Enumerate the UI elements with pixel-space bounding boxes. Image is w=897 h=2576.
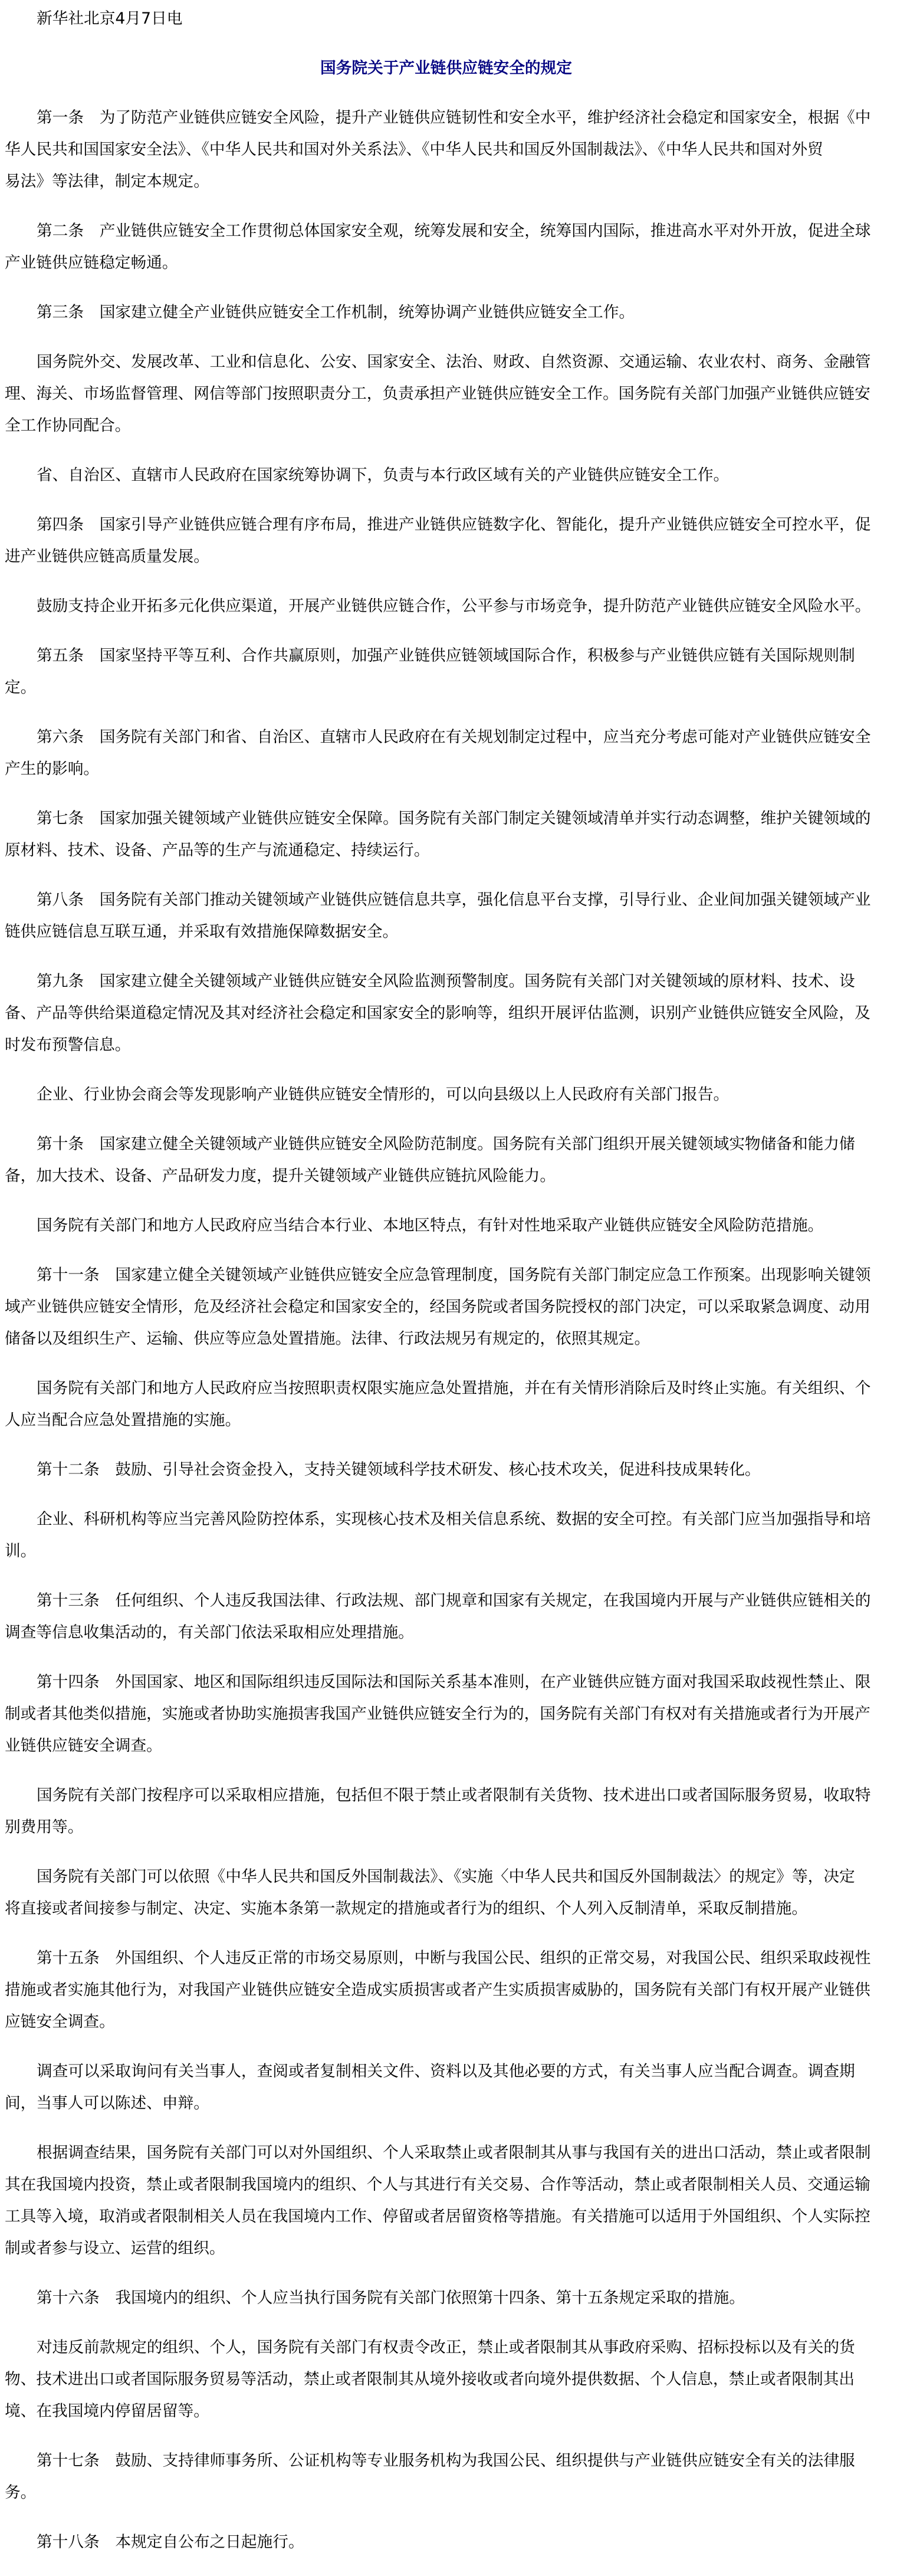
paragraph: 企业、行业协会商会等发现影响产业链供应链安全情形的，可以向县级以上人民政府有关部… [5,1079,888,1111]
paragraph-line: 理、海关、市场监督管理、网信等部门按照职责分工，负责承担产业链供应链安全工作。国… [5,378,888,410]
paragraph-line: 第九条 国家建立健全关键领域产业链供应链安全风险监测预警制度。国务院有关部门对关… [5,966,888,997]
paragraph: 第六条 国务院有关部门和省、自治区、直辖市人民政府在有关规划制定过程中，应当充分… [5,721,888,785]
paragraph-line: 第四条 国家引导产业链供应链合理有序布局，推进产业链供应链数字化、智能化，提升产… [5,509,888,541]
paragraph: 国务院有关部门可以依照《中华人民共和国反外国制裁法》、《实施〈中华人民共和国反外… [5,1861,888,1925]
paragraph-line: 应链安全调查。 [5,2006,888,2038]
paragraph-line: 企业、行业协会商会等发现影响产业链供应链安全情形的，可以向县级以上人民政府有关部… [5,1079,888,1111]
paragraph-line: 人应当配合应急处置措施的实施。 [5,1405,888,1436]
paragraph-line: 第七条 国家加强关键领域产业链供应链安全保障。国务院有关部门制定关键领域清单并实… [5,803,888,835]
paragraph-line: 第十四条 外国国家、地区和国际组织违反国际法和国际关系基本准则，在产业链供应链方… [5,1666,888,1698]
paragraph: 根据调查结果，国务院有关部门可以对外国组织、个人采取禁止或者限制其从事与我国有关… [5,2137,888,2265]
paragraph-line: 储备以及组织生产、运输、供应等应急处置措施。法律、行政法规另有规定的，依照其规定… [5,1323,888,1355]
paragraph-line: 第十二条 鼓励、引导社会资金投入，支持关键领域科学技术研发、核心技术攻关，促进科… [5,1454,888,1486]
paragraph-line: 制或者其他类似措施，实施或者协助实施损害我国产业链供应链安全行为的，国务院有关部… [5,1698,888,1730]
paragraph-line: 境、在我国境内停留居留等。 [5,2395,888,2427]
paragraph: 国务院有关部门和地方人民政府应当结合本行业、本地区特点，有针对性地采取产业链供应… [5,1210,888,1242]
paragraph-line: 省、自治区、直辖市人民政府在国家统筹协调下，负责与本行政区域有关的产业链供应链安… [5,460,888,491]
paragraph-line: 华人民共和国国家安全法》、《中华人民共和国对外关系法》、《中华人民共和国反外国制… [5,134,888,166]
paragraph-line: 第十条 国家建立健全关键领域产业链供应链安全风险防范制度。国务院有关部门组织开展… [5,1128,888,1160]
paragraph-line: 第十八条 本规定自公布之日起施行。 [5,2526,888,2558]
paragraph-line: 国务院外交、发展改革、工业和信息化、公安、国家安全、法治、财政、自然资源、交通运… [5,346,888,378]
paragraph-line: 将直接或者间接参与制定、决定、实施本条第一款规定的措施或者行为的组织、个人列入反… [5,1893,888,1925]
paragraph: 第十条 国家建立健全关键领域产业链供应链安全风险防范制度。国务院有关部门组织开展… [5,1128,888,1192]
paragraph-line: 务。 [5,2477,888,2509]
paragraph-line: 鼓励支持企业开拓多元化供应渠道，开展产业链供应链合作，公平参与市场竞争，提升防范… [5,590,888,622]
paragraph: 企业、科研机构等应当完善风险防控体系，实现核心技术及相关信息系统、数据的安全可控… [5,1504,888,1567]
paragraph-line: 国务院有关部门和地方人民政府应当结合本行业、本地区特点，有针对性地采取产业链供应… [5,1210,888,1242]
paragraph: 省、自治区、直辖市人民政府在国家统筹协调下，负责与本行政区域有关的产业链供应链安… [5,460,888,491]
paragraph: 国务院外交、发展改革、工业和信息化、公安、国家安全、法治、财政、自然资源、交通运… [5,346,888,442]
paragraph-line: 别费用等。 [5,1812,888,1843]
paragraph: 第二条 产业链供应链安全工作贯彻总体国家安全观，统筹发展和安全，统筹国内国际，推… [5,215,888,279]
paragraph: 第九条 国家建立健全关键领域产业链供应链安全风险监测预警制度。国务院有关部门对关… [5,966,888,1061]
paragraph-line: 第一条 为了防范产业链供应链安全风险，提升产业链供应链韧性和安全水平，维护经济社… [5,102,888,134]
paragraph-line: 第八条 国务院有关部门推动关键领域产业链供应链信息共享，强化信息平台支撑，引导行… [5,884,888,916]
paragraph-line: 第六条 国务院有关部门和省、自治区、直辖市人民政府在有关规划制定过程中，应当充分… [5,721,888,753]
paragraph: 第十五条 外国组织、个人违反正常的市场交易原则，中断与我国公民、组织的正常交易，… [5,1942,888,2038]
paragraph: 第一条 为了防范产业链供应链安全风险，提升产业链供应链韧性和安全水平，维护经济社… [5,102,888,198]
paragraph: 对违反前款规定的组织、个人，国务院有关部门有权责令改正，禁止或者限制其从事政府采… [5,2332,888,2427]
paragraph-line: 工具等入境，取消或者限制相关人员在我国境内工作、停留或者居留资格等措施。有关措施… [5,2201,888,2233]
paragraph-line: 原材料、技术、设备、产品等的生产与流通稳定、持续运行。 [5,835,888,867]
paragraph-line: 产生的影响。 [5,753,888,785]
paragraph-line: 业链供应链安全调查。 [5,1730,888,1762]
paragraph-line: 第三条 国家建立健全产业链供应链安全工作机制，统筹协调产业链供应链安全工作。 [5,297,888,329]
dateline: 新华社北京4月7日电 [5,3,888,35]
paragraph-line: 备、产品等供给渠道稳定情况及其对经济社会稳定和国家安全的影响等，组织开展评估监测… [5,997,888,1029]
paragraph: 第七条 国家加强关键领域产业链供应链安全保障。国务院有关部门制定关键领域清单并实… [5,803,888,867]
paragraph: 第十八条 本规定自公布之日起施行。 [5,2526,888,2558]
paragraph-line: 进产业链供应链高质量发展。 [5,541,888,573]
paragraph-line: 措施或者实施其他行为，对我国产业链供应链安全造成实质损害或者产生实质损害威胁的，… [5,1974,888,2006]
paragraph-line: 企业、科研机构等应当完善风险防控体系，实现核心技术及相关信息系统、数据的安全可控… [5,1504,888,1535]
paragraph-line: 调查可以采取询问有关当事人，查阅或者复制相关文件、资料以及其他必要的方式，有关当… [5,2056,888,2088]
paragraph-line: 训。 [5,1535,888,1567]
article: 新华社北京4月7日电 国务院关于产业链供应链安全的规定 第一条 为了防范产业链供… [0,0,897,2558]
paragraph-line: 国务院有关部门和地方人民政府应当按照职责权限实施应急处置措施，并在有关情形消除后… [5,1373,888,1405]
paragraph: 第四条 国家引导产业链供应链合理有序布局，推进产业链供应链数字化、智能化，提升产… [5,509,888,573]
article-body: 第一条 为了防范产业链供应链安全风险，提升产业链供应链韧性和安全水平，维护经济社… [5,102,888,2558]
paragraph: 第十二条 鼓励、引导社会资金投入，支持关键领域科学技术研发、核心技术攻关，促进科… [5,1454,888,1486]
paragraph: 第八条 国务院有关部门推动关键领域产业链供应链信息共享，强化信息平台支撑，引导行… [5,884,888,948]
paragraph-line: 第十五条 外国组织、个人违反正常的市场交易原则，中断与我国公民、组织的正常交易，… [5,1942,888,1974]
paragraph: 第三条 国家建立健全产业链供应链安全工作机制，统筹协调产业链供应链安全工作。 [5,297,888,329]
paragraph-line: 调查等信息收集活动的，有关部门依法采取相应处理措施。 [5,1617,888,1649]
paragraph-line: 易法》等法律，制定本规定。 [5,166,888,198]
paragraph: 第十七条 鼓励、支持律师事务所、公证机构等专业服务机构为我国公民、组织提供与产业… [5,2445,888,2509]
document-title: 国务院关于产业链供应链安全的规定 [5,52,888,84]
paragraph-line: 第十六条 我国境内的组织、个人应当执行国务院有关部门依照第十四条、第十五条规定采… [5,2282,888,2314]
paragraph-line: 全工作协同配合。 [5,410,888,442]
paragraph: 调查可以采取询问有关当事人，查阅或者复制相关文件、资料以及其他必要的方式，有关当… [5,2056,888,2119]
paragraph-line: 对违反前款规定的组织、个人，国务院有关部门有权责令改正，禁止或者限制其从事政府采… [5,2332,888,2364]
paragraph-line: 第十一条 国家建立健全关键领域产业链供应链安全应急管理制度，国务院有关部门制定应… [5,1259,888,1291]
paragraph-line: 第二条 产业链供应链安全工作贯彻总体国家安全观，统筹发展和安全，统筹国内国际，推… [5,215,888,247]
paragraph-line: 国务院有关部门可以依照《中华人民共和国反外国制裁法》、《实施〈中华人民共和国反外… [5,1861,888,1893]
paragraph-line: 时发布预警信息。 [5,1029,888,1061]
paragraph: 鼓励支持企业开拓多元化供应渠道，开展产业链供应链合作，公平参与市场竞争，提升防范… [5,590,888,622]
paragraph-line: 制或者参与设立、运营的组织。 [5,2233,888,2265]
paragraph-line: 第十七条 鼓励、支持律师事务所、公证机构等专业服务机构为我国公民、组织提供与产业… [5,2445,888,2477]
paragraph-line: 第十三条 任何组织、个人违反我国法律、行政法规、部门规章和国家有关规定，在我国境… [5,1585,888,1617]
paragraph-line: 链供应链信息互联互通，并采取有效措施保障数据安全。 [5,916,888,948]
paragraph: 国务院有关部门和地方人民政府应当按照职责权限实施应急处置措施，并在有关情形消除后… [5,1373,888,1436]
paragraph-line: 国务院有关部门按程序可以采取相应措施，包括但不限于禁止或者限制有关货物、技术进出… [5,1780,888,1812]
paragraph-line: 定。 [5,672,888,704]
paragraph-line: 第五条 国家坚持平等互利、合作共赢原则，加强产业链供应链领域国际合作，积极参与产… [5,640,888,672]
paragraph-line: 物、技术进出口或者国际服务贸易等活动，禁止或者限制其从境外接收或者向境外提供数据… [5,2364,888,2395]
paragraph-line: 产业链供应链稳定畅通。 [5,247,888,279]
paragraph: 第十一条 国家建立健全关键领域产业链供应链安全应急管理制度，国务院有关部门制定应… [5,1259,888,1355]
paragraph: 国务院有关部门按程序可以采取相应措施，包括但不限于禁止或者限制有关货物、技术进出… [5,1780,888,1843]
paragraph-line: 域产业链供应链安全情形，危及经济社会稳定和国家安全的，经国务院或者国务院授权的部… [5,1291,888,1323]
paragraph-line: 备，加大技术、设备、产品研发力度，提升关键领域产业链供应链抗风险能力。 [5,1160,888,1192]
paragraph-line: 根据调查结果，国务院有关部门可以对外国组织、个人采取禁止或者限制其从事与我国有关… [5,2137,888,2169]
paragraph: 第十四条 外国国家、地区和国际组织违反国际法和国际关系基本准则，在产业链供应链方… [5,1666,888,1762]
paragraph: 第五条 国家坚持平等互利、合作共赢原则，加强产业链供应链领域国际合作，积极参与产… [5,640,888,704]
paragraph-line: 间，当事人可以陈述、申辩。 [5,2088,888,2119]
paragraph-line: 其在我国境内投资，禁止或者限制我国境内的组织、个人与其进行有关交易、合作等活动，… [5,2169,888,2201]
paragraph: 第十六条 我国境内的组织、个人应当执行国务院有关部门依照第十四条、第十五条规定采… [5,2282,888,2314]
paragraph: 第十三条 任何组织、个人违反我国法律、行政法规、部门规章和国家有关规定，在我国境… [5,1585,888,1649]
